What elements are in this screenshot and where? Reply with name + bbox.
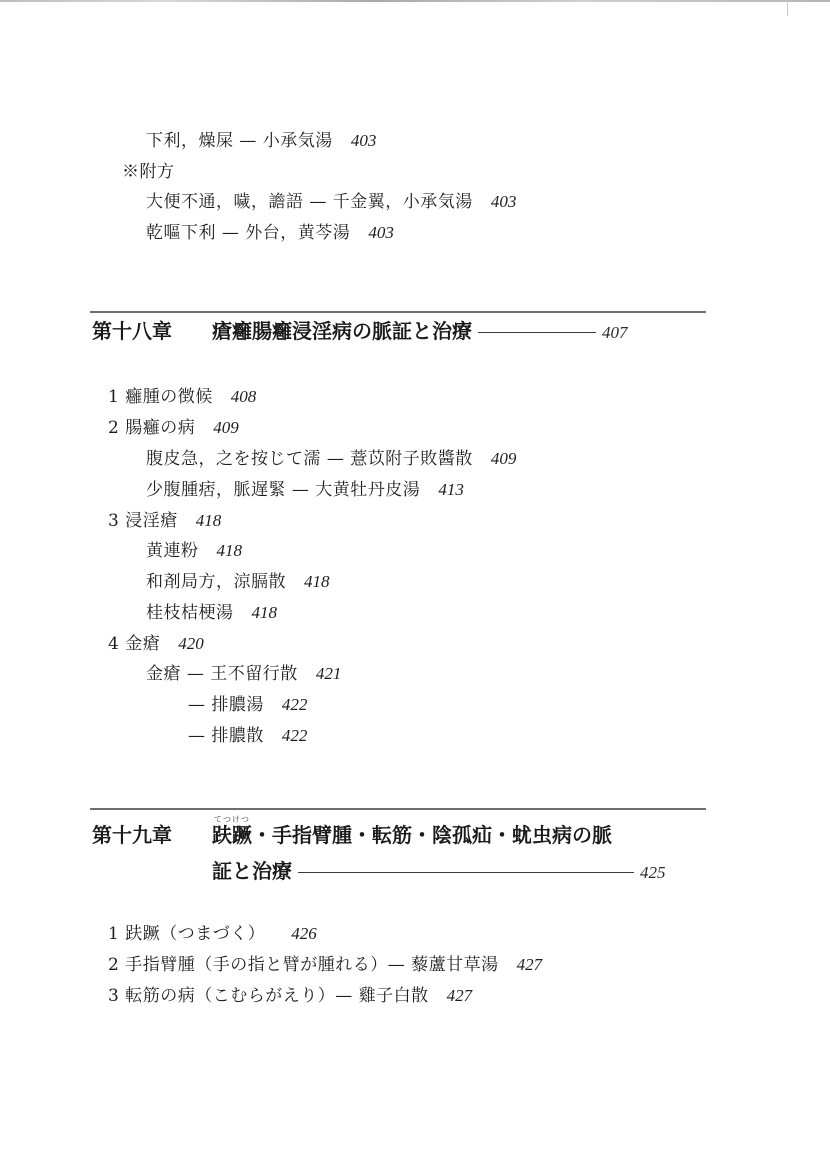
- chapter-title-row: 証と治療425: [212, 858, 666, 886]
- toc-entry: 3 浸淫瘡418: [108, 510, 221, 532]
- entry-page: 427: [517, 955, 543, 974]
- toc-entry: 3 転筋の病（こむらがえり）— 雞子白散427: [108, 985, 472, 1007]
- chapter-heading-19: 第十九章 趺蹶・手指臂腫・転筋・陰孤疝・蚘虫病の脈 証と治療425: [0, 822, 830, 892]
- toc-entry: 和剤局方，涼膈散418: [146, 571, 330, 593]
- leader-line: [298, 872, 634, 873]
- entry-page: 413: [438, 480, 464, 499]
- entry-page: 403: [351, 131, 377, 150]
- entry-text: 腹皮急，之を按じて濡 — 薏苡附子敗醬散: [146, 449, 473, 469]
- entry-page: 422: [282, 726, 308, 745]
- entry-page: 422: [282, 695, 308, 714]
- entry-text: 黄連粉: [146, 541, 199, 561]
- entry-text: 4 金瘡: [108, 634, 160, 654]
- toc-entry: 少腹腫痞，脈遅緊 — 大黄牡丹皮湯413: [146, 479, 464, 501]
- entry-text: — 排膿湯: [188, 695, 264, 715]
- toc-appendix-label: ※附方: [122, 161, 175, 183]
- entry-page: 418: [217, 541, 243, 560]
- chapter-page: 407: [602, 323, 628, 342]
- entry-page: 420: [178, 634, 204, 653]
- entry-page: 403: [368, 223, 394, 242]
- leader-line: [478, 332, 596, 333]
- toc-entry: 乾嘔下利 — 外台，黄芩湯403: [146, 222, 394, 244]
- chapter-title: 瘡癰腸癰浸淫病の脈証と治療: [212, 319, 472, 343]
- entry-text: 1 趺蹶（つまづく）: [108, 924, 265, 944]
- entry-text: 大便不通，噦，譫語 — 千金翼，小承気湯: [146, 192, 473, 212]
- toc-entry: 4 金瘡420: [108, 633, 204, 655]
- toc-entry: — 排膿湯422: [188, 694, 307, 716]
- toc-entry: 大便不通，噦，譫語 — 千金翼，小承気湯403: [146, 191, 516, 213]
- entry-page: 403: [491, 192, 517, 211]
- entry-text: 少腹腫痞，脈遅緊 — 大黄牡丹皮湯: [146, 480, 420, 500]
- entry-text: 3 浸淫瘡: [108, 511, 178, 531]
- chapter-title-row: 瘡癰腸癰浸淫病の脈証と治療407: [212, 318, 628, 346]
- toc-entry: 金瘡 — 王不留行散421: [146, 663, 341, 685]
- entry-text: 乾嘔下利 — 外台，黄芩湯: [146, 223, 350, 243]
- chapter-divider: [90, 808, 706, 810]
- chapter-page: 425: [640, 863, 666, 882]
- chapter-title-line2: 証と治療: [212, 859, 292, 883]
- entry-text: 和剤局方，涼膈散: [146, 572, 286, 592]
- scan-corner-mark: [787, 0, 788, 16]
- entry-text: 2 手指臂腫（手の指と臂が腫れる）— 藜蘆甘草湯: [108, 955, 499, 975]
- chapter-number: 第十九章: [92, 822, 172, 848]
- toc-entry: 下利，燥屎 — 小承気湯403: [146, 130, 376, 152]
- entry-text: 1 癰腫の徴候: [108, 387, 213, 407]
- toc-entry: 2 腸癰の病409: [108, 417, 239, 439]
- toc-entry: 1 趺蹶（つまづく）426: [108, 923, 317, 945]
- chapter-divider: [90, 311, 706, 313]
- chapter-heading-18: 第十八章 瘡癰腸癰浸淫病の脈証と治療407: [0, 318, 830, 348]
- entry-page: 409: [491, 449, 517, 468]
- scan-edge: [0, 0, 830, 2]
- entry-text: ※附方: [122, 162, 175, 182]
- entry-page: 418: [196, 511, 222, 530]
- entry-page: 426: [291, 924, 317, 943]
- entry-page: 421: [316, 664, 342, 683]
- entry-page: 427: [447, 986, 473, 1005]
- entry-text: — 排膿散: [188, 726, 264, 746]
- toc-entry: 桂枝桔梗湯418: [146, 602, 277, 624]
- chapter-number: 第十八章: [92, 318, 172, 344]
- toc-entry: 2 手指臂腫（手の指と臂が腫れる）— 藜蘆甘草湯427: [108, 954, 542, 976]
- entry-page: 418: [252, 603, 278, 622]
- entry-text: 桂枝桔梗湯: [146, 603, 234, 623]
- entry-text: 3 転筋の病（こむらがえり）— 雞子白散: [108, 986, 429, 1006]
- entry-page: 418: [304, 572, 330, 591]
- entry-page: 409: [213, 418, 239, 437]
- entry-text: 金瘡 — 王不留行散: [146, 664, 298, 684]
- entry-text: 下利，燥屎 — 小承気湯: [146, 131, 333, 151]
- toc-entry: 1 癰腫の徴候408: [108, 386, 256, 408]
- entry-page: 408: [231, 387, 257, 406]
- toc-entry: 黄連粉418: [146, 540, 242, 562]
- toc-entry: 腹皮急，之を按じて濡 — 薏苡附子敗醬散409: [146, 448, 516, 470]
- chapter-title-line1: 趺蹶・手指臂腫・転筋・陰孤疝・蚘虫病の脈: [212, 822, 612, 848]
- entry-text: 2 腸癰の病: [108, 418, 195, 438]
- toc-entry: — 排膿散422: [188, 725, 307, 747]
